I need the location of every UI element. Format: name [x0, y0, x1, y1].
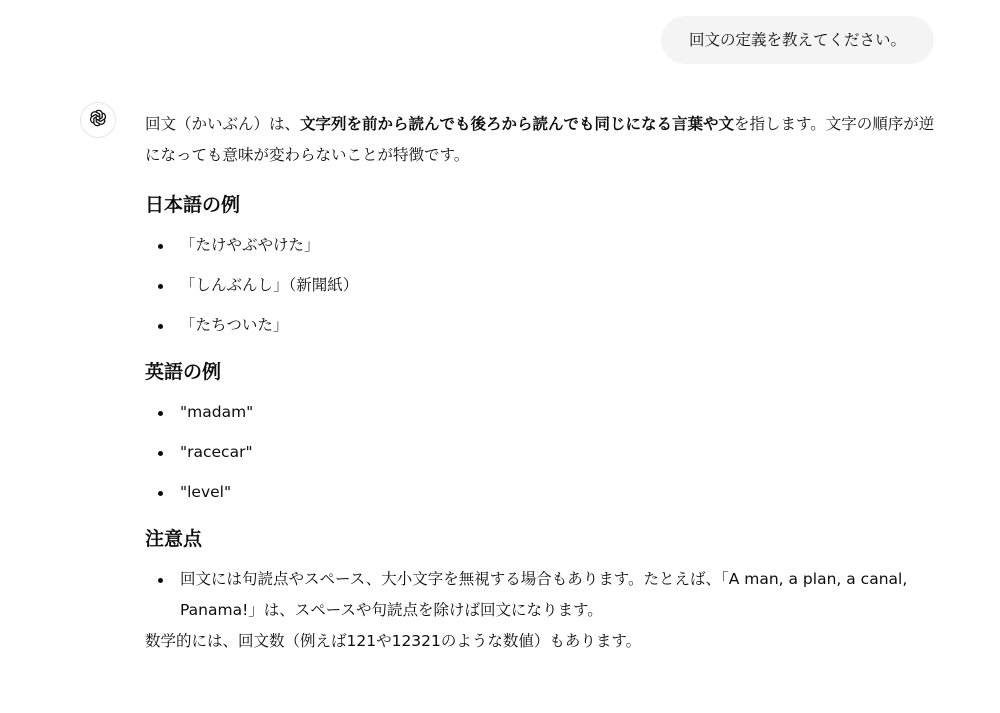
intro-prefix: 回文（かいぶん）は、 — [145, 115, 300, 133]
list-item: 「たちついた」 — [145, 310, 940, 341]
bullet-icon — [158, 491, 163, 496]
list-item-text: "racecar" — [180, 443, 253, 461]
bullet-icon — [158, 324, 163, 329]
english-examples-list: "madam" "racecar" "level" — [145, 397, 940, 508]
list-item: "racecar" — [145, 437, 940, 468]
list-item-text: 回文には句読点やスペース、大小文字を無視する場合もあります。たとえば、「A ma… — [180, 570, 907, 619]
japanese-examples-list: 「たけやぶやけた」 「しんぶんし」（新聞紙） 「たちついた」 — [145, 230, 940, 341]
list-item: 「しんぶんし」（新聞紙） — [145, 270, 940, 301]
bullet-icon — [158, 244, 163, 249]
openai-logo-icon — [88, 108, 108, 132]
chat-page: 回文の定義を教えてください。 回文（かいぶん）は、文字列を前から読んでも後ろか — [0, 0, 1000, 713]
list-item-text: "madam" — [180, 403, 253, 421]
list-item-text: 「たちついた」 — [180, 316, 288, 334]
list-item: 「たけやぶやけた」 — [145, 230, 940, 261]
list-item-text: 「たけやぶやけた」 — [180, 236, 320, 254]
list-item-text: "level" — [180, 483, 231, 501]
user-message-bubble: 回文の定義を教えてください。 — [661, 16, 934, 64]
bullet-icon — [158, 411, 163, 416]
notes-list: 回文には句読点やスペース、大小文字を無視する場合もあります。たとえば、「A ma… — [145, 564, 940, 626]
user-message-row: 回文の定義を教えてください。 — [661, 16, 934, 64]
intro-paragraph: 回文（かいぶん）は、文字列を前から読んでも後ろから読んでも同じになる言葉や文を指… — [145, 109, 940, 171]
list-item: "level" — [145, 477, 940, 508]
bullet-icon — [158, 578, 163, 583]
heading-japanese-examples: 日本語の例 — [145, 190, 940, 220]
heading-notes: 注意点 — [145, 524, 940, 554]
bullet-icon — [158, 284, 163, 289]
bullet-icon — [158, 451, 163, 456]
intro-bold-definition: 文字列を前から読んでも後ろから読んでも同じになる言葉や文 — [300, 115, 734, 133]
closing-paragraph: 数学的には、回文数（例えば121や12321のような数値）もあります。 — [145, 626, 940, 657]
list-item: 回文には句読点やスペース、大小文字を無視する場合もあります。たとえば、「A ma… — [145, 564, 940, 626]
heading-english-examples: 英語の例 — [145, 357, 940, 387]
list-item-text: 「しんぶんし」（新聞紙） — [180, 276, 358, 294]
assistant-message-content: 回文（かいぶん）は、文字列を前から読んでも後ろから読んでも同じになる言葉や文を指… — [145, 109, 940, 657]
list-item: "madam" — [145, 397, 940, 428]
assistant-avatar — [80, 102, 116, 138]
